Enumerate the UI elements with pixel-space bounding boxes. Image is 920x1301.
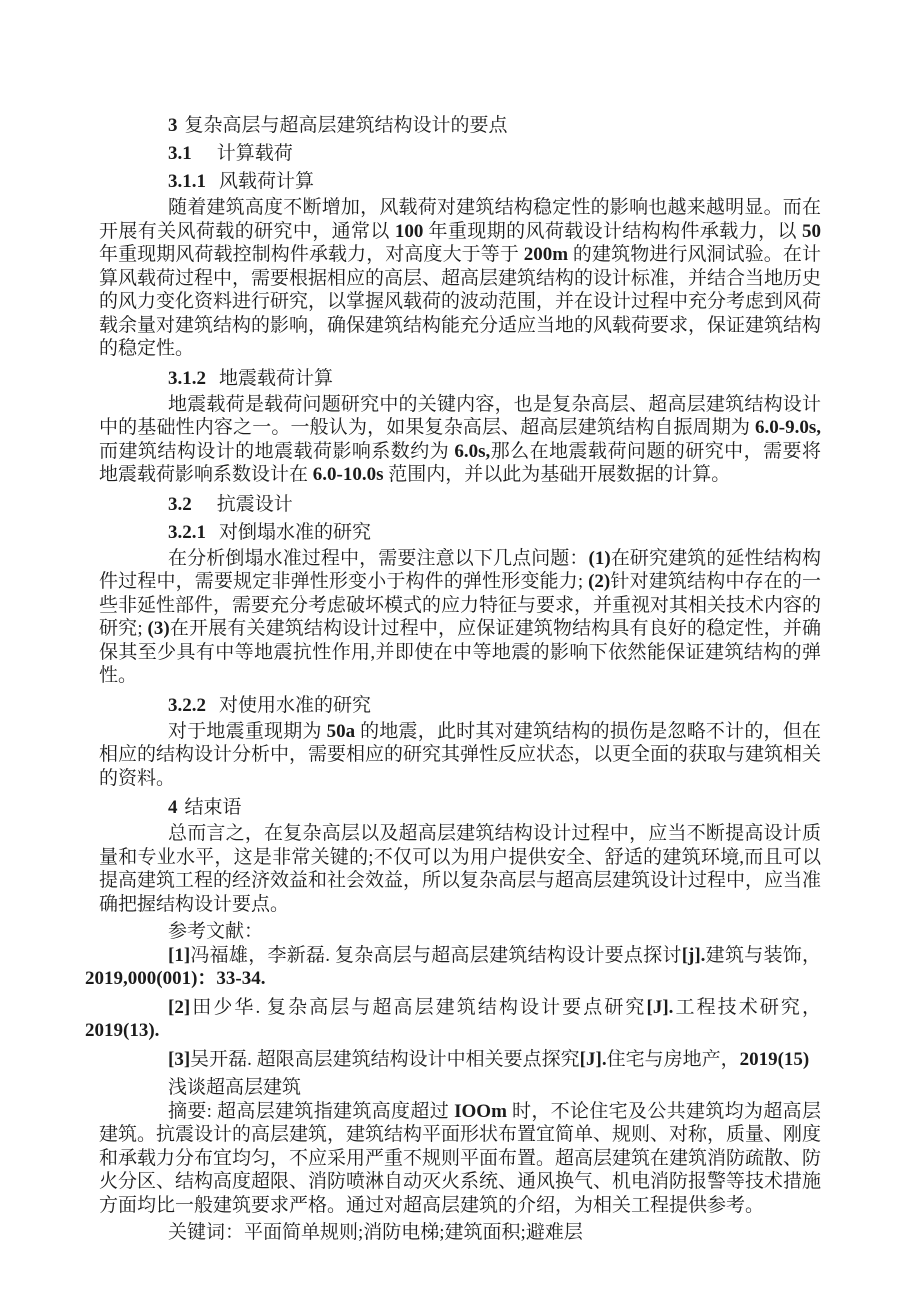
text-segment: 参考文献： (168, 921, 263, 942)
bold-text-segment: 100 (395, 221, 424, 242)
heading-3-1: 3.1计算载荷 (99, 140, 821, 168)
heading-title: 风载荷计算 (219, 171, 314, 192)
reference-item: [3]吴开磊. 超限高层建筑结构设计中相关要点探究[J].住宅与房地产，2019… (85, 1048, 821, 1072)
heading-title: 计算载荷 (217, 143, 293, 164)
bold-text-segment: 2019(15) (740, 1049, 810, 1070)
text-segment: 地震载荷是载荷问题研究中的关键内容，也是复杂高层、超高层建筑结构设计中的基础性内… (99, 394, 821, 439)
bold-text-segment: 2019,000(001)：33-34. (85, 968, 265, 989)
bold-text-segment: 50 (802, 221, 821, 242)
heading-number: 3.1 (168, 143, 192, 164)
bold-text-segment: 50a (327, 721, 356, 742)
bold-text-segment: 6.0s, (454, 441, 490, 462)
heading-title: 地震载荷计算 (219, 368, 333, 389)
bold-text-segment: [j]. (682, 945, 706, 966)
heading-4: 4结束语 (99, 794, 821, 822)
heading-number: 3.1.2 (168, 368, 206, 389)
text-segment: 建筑与装饰， (705, 945, 821, 966)
text-segment: 住宅与房地产， (607, 1049, 740, 1070)
paragraph: 总而言之，在复杂高层以及超高层建筑结构设计过程中，应当不断提高设计质量和专业水平… (99, 822, 821, 916)
text-segment: 吴开磊. 超限高层建筑结构设计中相关要点探究 (190, 1049, 580, 1070)
heading-number: 3.2.1 (168, 522, 206, 543)
paragraph: 摘要: 超高层建筑指建筑高度超过 IOOm 时，不论住宅及公共建筑均为超高层建筑… (99, 1100, 821, 1218)
document-page: 3复杂高层与超高层建筑结构设计的要点3.1计算载荷3.1.1风载荷计算随着建筑高… (0, 0, 920, 1301)
bold-text-segment: (2) (588, 571, 610, 592)
text-segment: 总而言之，在复杂高层以及超高层建筑结构设计过程中，应当不断提高设计质量和专业水平… (99, 823, 821, 915)
bold-text-segment: [2] (168, 997, 190, 1018)
bold-text-segment: 200m (524, 244, 568, 265)
reference-item: [2]田少华. 复杂高层与超高层建筑结构设计要点研究[J].工程技术研究，201… (85, 996, 821, 1043)
bold-text-segment: (3) (148, 618, 170, 639)
text-line: 浅谈超高层建筑 (99, 1076, 821, 1100)
text-segment: 而建筑结构设计的地震载荷影响系数约为 (99, 441, 454, 462)
heading-3-2-1: 3.2.1对倒塌水准的研究 (99, 519, 821, 547)
text-segment: 冯福雄，李新磊. 复杂高层与超高层建筑结构设计要点探讨 (190, 945, 682, 966)
bold-text-segment: [1] (168, 945, 190, 966)
heading-3: 3复杂高层与超高层建筑结构设计的要点 (99, 112, 821, 140)
text-segment: 在开展有关建筑结构设计过程中，应保证建筑物结构具有良好的稳定性，并确保其至少具有… (99, 618, 821, 686)
text-segment: 工程技术研究， (673, 997, 821, 1018)
heading-number: 3 (168, 115, 178, 136)
heading-number: 3.2.2 (168, 695, 206, 716)
heading-title: 抗震设计 (217, 494, 293, 515)
text-segment: 年重现期风荷载控制构件承载力，对高度大于等于 (99, 244, 524, 265)
bold-text-segment: [J]. (647, 997, 674, 1018)
text-segment: 摘要: 超高层建筑指建筑高度超过 (168, 1101, 454, 1122)
text-segment: 田少华. 复杂高层与超高层建筑结构设计要点研究 (190, 997, 646, 1018)
text-segment: 范围内，并以此为基础开展数据的计算。 (384, 464, 731, 485)
bold-text-segment: [3] (168, 1049, 190, 1070)
paragraph: 随着建筑高度不断增加，风载荷对建筑结构稳定性的影响也越来越明显。而在开展有关风荷… (99, 196, 821, 361)
bold-text-segment: 2019(13). (85, 1020, 159, 1041)
text-segment: 年重现期的风荷载设计结构构件承载力，以 (423, 221, 802, 242)
paragraph: 对于地震重现期为 50a 的地震，此时其对建筑结构的损伤是忽略不计的，但在相应的… (99, 720, 821, 791)
reference-item: [1]冯福雄，李新磊. 复杂高层与超高层建筑结构设计要点探讨[j].建筑与装饰，… (85, 944, 821, 991)
bold-text-segment: [J]. (580, 1049, 607, 1070)
bold-text-segment: 6.0-10.0s (313, 464, 384, 485)
heading-3-2-2: 3.2.2对使用水准的研究 (99, 692, 821, 720)
heading-title: 对使用水准的研究 (219, 695, 371, 716)
bold-text-segment: IOOm (454, 1101, 507, 1122)
heading-3-1-2: 3.1.2地震载荷计算 (99, 365, 821, 393)
paragraph: 在分析倒塌水准过程中，需要注意以下几点问题：(1)在研究建筑的延性结构构件过程中… (99, 547, 821, 688)
document-content: 3复杂高层与超高层建筑结构设计的要点3.1计算载荷3.1.1风载荷计算随着建筑高… (99, 112, 821, 1245)
text-segment: 关键词：平面简单规则;消防电梯;建筑面积;避难层 (168, 1222, 583, 1243)
paragraph: 地震载荷是载荷问题研究中的关键内容，也是复杂高层、超高层建筑结构设计中的基础性内… (99, 393, 821, 487)
heading-title: 对倒塌水准的研究 (219, 522, 371, 543)
text-segment: 在分析倒塌水准过程中，需要注意以下几点问题： (168, 548, 589, 569)
heading-number: 4 (168, 797, 178, 818)
bold-text-segment: 6.0-9.0s, (755, 417, 821, 438)
heading-title: 结束语 (185, 797, 242, 818)
heading-title: 复杂高层与超高层建筑结构设计的要点 (185, 115, 508, 136)
bold-text-segment: (1) (589, 548, 611, 569)
heading-3-2: 3.2抗震设计 (99, 491, 821, 519)
heading-3-1-1: 3.1.1风载荷计算 (99, 168, 821, 196)
text-line: 关键词：平面简单规则;消防电梯;建筑面积;避难层 (99, 1221, 821, 1245)
text-line: 参考文献： (99, 920, 821, 944)
text-segment: 浅谈超高层建筑 (168, 1077, 301, 1098)
heading-number: 3.2 (168, 494, 192, 515)
heading-number: 3.1.1 (168, 171, 206, 192)
text-segment: 对于地震重现期为 (168, 721, 327, 742)
